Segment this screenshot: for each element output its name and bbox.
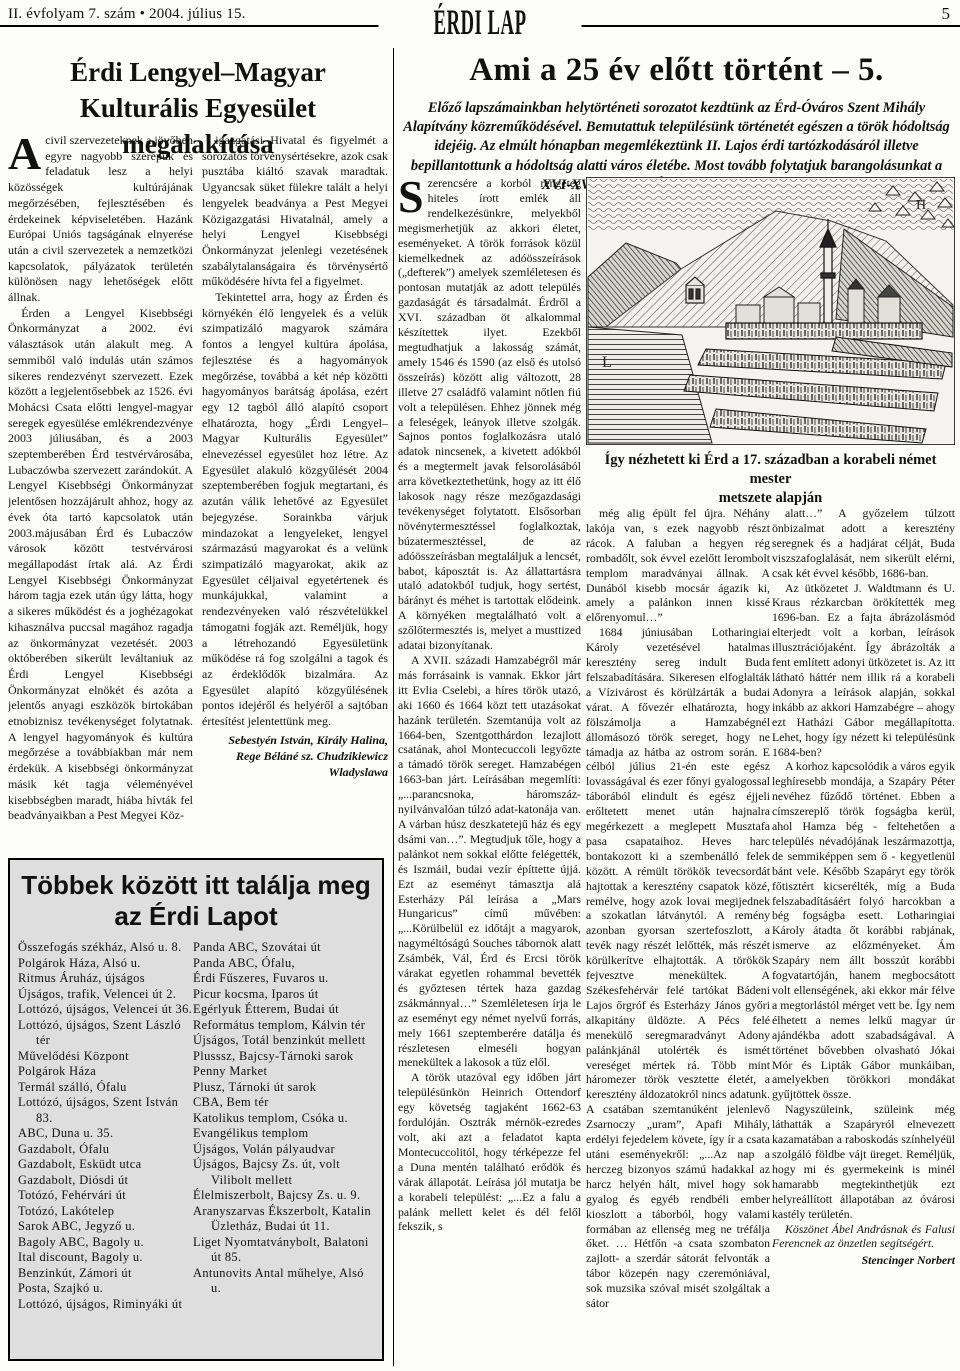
paragraph: igazgatási Hivatal és figyelmét a soroza… (202, 133, 388, 290)
page-number: 5 (942, 4, 951, 24)
edition-line: II. évfolyam 7. szám • 2004. július 15. (8, 6, 246, 23)
list-item: Plusssz, Bajcsy-Tárnoki sarok (193, 1049, 376, 1065)
image-caption: Így nézhetett ki Érd a 17. században a k… (586, 451, 955, 508)
list-item: Művelődési Központ (18, 1049, 193, 1065)
signature-block: Sebestyén István, Király Halina,Rege Bél… (202, 732, 388, 780)
paragraph: A XVII. századi Hamzabégről már más forr… (398, 653, 581, 1070)
heading-line-2: az Érdi Lapot (14, 901, 378, 932)
engraving-letter-left: L (602, 354, 612, 371)
paragraph: még alig épült fel újra. Néhány lakója v… (586, 506, 770, 625)
list-item: Picur kocsma, Iparos út (193, 987, 376, 1003)
heading-line-1: Többek között itt találja meg (14, 870, 378, 901)
list-item: Lottózó, újságos, Szent László tér (18, 1018, 193, 1049)
paragraph: Szerencsére a korból rengeteg hiteles ír… (398, 176, 581, 653)
distribution-box-heading: Többek között itt találja meg az Érdi La… (14, 870, 378, 932)
paragraph: Tekintettel arra, hogy az Érden és körny… (202, 290, 388, 730)
paragraph-group: igazgatási Hivatal és figyelmét a soroza… (202, 133, 388, 730)
distribution-list-right: Panda ABC, Szovátai útPanda ABC, Ófalu,É… (193, 940, 376, 1312)
distribution-lists: Összefogás székház, Alsó u. 8.Polgárok H… (10, 940, 382, 1312)
list-item: Református templom, Kálvin tér (193, 1018, 376, 1034)
list-item: Polgárok Háza (18, 1064, 193, 1080)
list-item: CBA, Bem tér (193, 1095, 376, 1111)
list-item: Liget Nyomtatványbolt, Balatoni út 85. (193, 1235, 376, 1266)
paragraph: Nagyszüleink, szüleink még láthatták a S… (772, 1102, 955, 1221)
caption-line-1: Így nézhetett ki Érd a 17. században a k… (586, 451, 955, 489)
paragraph: 1684 júniusában Lotharingiai Károly veze… (586, 625, 770, 1311)
list-item: Bagoly ABC, Bagoly u. (18, 1235, 193, 1251)
right-article-column-3: alatt…” A győzelem túlzott önbizalmat ad… (772, 506, 955, 1368)
paragraph: A török utazóval egy időben járt települ… (398, 1070, 581, 1234)
distribution-box: Többek között itt találja meg az Érdi La… (8, 858, 384, 1361)
list-item: Összefogás székház, Alsó u. 8. (18, 940, 193, 956)
list-item: Újságos, trafik, Velencei út 2. (18, 987, 193, 1003)
distribution-list-left: Összefogás székház, Alsó u. 8.Polgárok H… (18, 940, 193, 1312)
list-item: Plusz, Tárnoki út sarok (193, 1080, 376, 1096)
right-article-column-1: Szerencsére a korból rengeteg hiteles ír… (398, 176, 581, 1368)
list-item: ABC, Duna u. 35. (18, 1126, 193, 1142)
list-item: Penny Market (193, 1064, 376, 1080)
list-item: Újságos, Volán pályaudvar (193, 1142, 376, 1158)
list-item: Benzinkút, Zámori út (18, 1266, 193, 1282)
list-item: Lottózó, újságos, Riminyáki út (18, 1297, 193, 1313)
right-article-column-2: még alig épült fel újra. Néhány lakója v… (586, 506, 770, 1368)
list-item: Termál szálló, Ófalu (18, 1080, 193, 1096)
right-article-title: Ami a 25 év előtt történt – 5. (398, 52, 955, 89)
thanks-note: Köszönet Ábel Andrásnak és Falusi Ferenc… (772, 1222, 955, 1252)
list-item: Ital discount, Bagoly u. (18, 1250, 193, 1266)
list-item: Újságos, Totál benzinkút mellett (193, 1033, 376, 1049)
masthead-logo: ÉRDI LAP (378, 2, 581, 42)
drop-cap: S (398, 176, 428, 216)
list-item: Panda ABC, Szovátai út (193, 940, 376, 956)
paragraph-group: Érden a Lengyel Kisebbségi Önkormányzat … (8, 306, 193, 824)
paragraph-text: zerencsére a korból rengeteg hiteles íro… (398, 176, 581, 652)
engraving-svg: L H (586, 177, 955, 445)
signature-line: Sebestyén István, Király Halina, (202, 732, 388, 748)
list-item: Katolikus templom, Csóka u. (193, 1111, 376, 1127)
list-item: Sarok ABC, Jegyző u. (18, 1219, 193, 1235)
paragraph: Az ütközetet J. Waldtmann és U. Kraus ré… (772, 581, 955, 760)
author-credit: Stencinger Norbert (772, 1253, 955, 1268)
list-item: Újságos, Bajcsy Zs. út, volt Vilibolt me… (193, 1157, 376, 1188)
list-item: Ritmus Áruház, újságos (18, 971, 193, 987)
paragraph: Érden a Lengyel Kisebbségi Önkormányzat … (8, 306, 193, 824)
left-article-column-1: Acivil szervezeteknek a jövőben egyre na… (8, 133, 193, 854)
list-item: Panda ABC, Ófalu, (193, 956, 376, 972)
left-article-column-2: igazgatási Hivatal és figyelmét a soroza… (202, 133, 388, 854)
paragraph-group: A XVII. századi Hamzabégről már más forr… (398, 653, 581, 1234)
paragraph-group: alatt…” A győzelem túlzott önbizalmat ad… (772, 506, 955, 1222)
list-item: Lottózó, újságos, Szent István 83. (18, 1095, 193, 1126)
list-item: Posta, Szajkó u. (18, 1281, 193, 1297)
list-item: Antunovits Antal műhelye, Alsó u. (193, 1266, 376, 1297)
list-item: Totózó, Lakótelep (18, 1204, 193, 1220)
engraving-image: L H (586, 177, 955, 445)
list-item: Élelmiszerbolt, Bajcsy Zs. u. 9. (193, 1188, 376, 1204)
signature-line: Wladyslawa (202, 764, 388, 780)
vertical-divider (393, 48, 394, 1366)
list-item: Gazdabolt, Ófalu (18, 1142, 193, 1158)
list-item: Egérlyuk Étterem, Budai út (193, 1002, 376, 1018)
list-item: Érdi Fűszeres, Fuvaros u. (193, 971, 376, 987)
list-item: Aranyszarvas Ékszerbolt, Katalin Üzlethá… (193, 1204, 376, 1235)
masthead-title: ÉRDI LAP (433, 1, 526, 43)
list-item: Totózó, Fehérvári út (18, 1188, 193, 1204)
list-item: Gazdabolt, Esküdt utca (18, 1157, 193, 1173)
list-item: Lottózó, újságos, Velencei út 36. (18, 1002, 193, 1018)
paragraph: alatt…” A győzelem túlzott önbizalmat ad… (772, 506, 955, 581)
list-item: Polgárok Háza, Alsó u. (18, 956, 193, 972)
paragraph: A korhoz kapcsolódik a város egyik leghí… (772, 759, 955, 1102)
drop-cap: A (8, 133, 45, 173)
list-item: Evangélikus templom (193, 1126, 376, 1142)
signature-line: Rege Béláné sz. Chudzikiewicz (202, 748, 388, 764)
paragraph: Acivil szervezeteknek a jövőben egyre na… (8, 133, 193, 306)
newspaper-page: II. évfolyam 7. szám • 2004. július 15. … (0, 0, 960, 1371)
list-item: Gazdabolt, Diósdi út (18, 1173, 193, 1189)
engraving-letter-right: H (916, 198, 926, 213)
